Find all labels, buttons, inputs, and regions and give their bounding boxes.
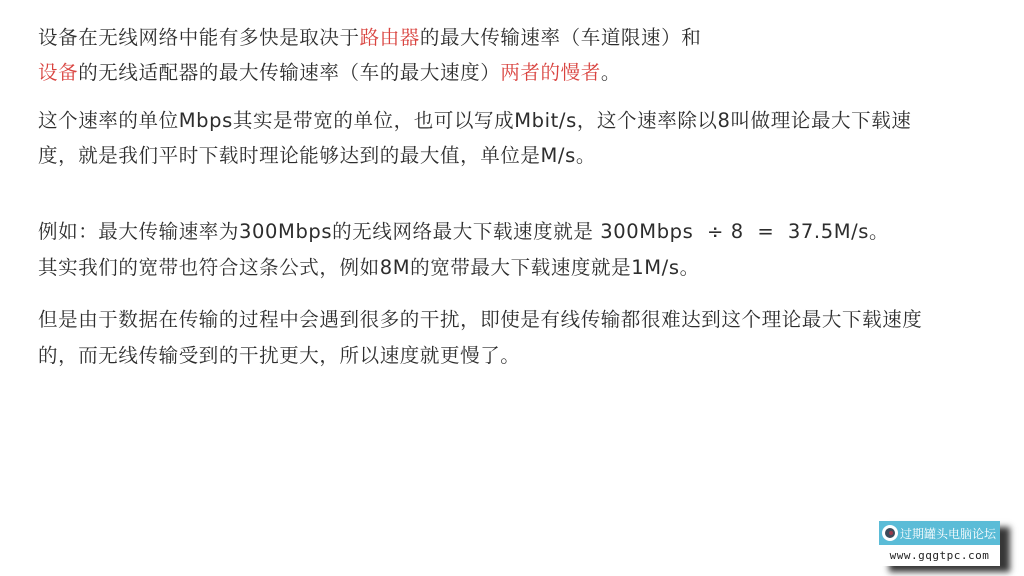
paragraph-2-line-2: 度，就是我们平时下载时理论能够达到的最大值，单位是M/s。 (38, 144, 596, 168)
highlight-slower-of-two: 两者的慢者 (500, 61, 601, 84)
forum-watermark: 过期罐头电脑论坛 www.gqgtpc.com (879, 521, 1000, 566)
text-segment: 设备在无线网络中能有多快是取决于 (38, 26, 360, 49)
text-segment: 的最大传输速率（车道限速）和 (420, 26, 701, 49)
paragraph-3-line-1: 例如：最大传输速率为300Mbps的无线网络最大下载速度就是 300Mbps ÷… (38, 220, 889, 244)
watermark-title-bar: 过期罐头电脑论坛 (879, 521, 1000, 545)
paragraph-1-line-1: 设备在无线网络中能有多快是取决于路由器的最大传输速率（车道限速）和 (38, 26, 701, 50)
watermark-title: 过期罐头电脑论坛 (900, 525, 996, 542)
text-segment: 。 (601, 61, 621, 84)
paragraph-4-line-1: 但是由于数据在传输的过程中会遇到很多的干扰，即使是有线传输都很难达到这个理论最大… (38, 308, 922, 332)
paragraph-4-line-2: 的，而无线传输受到的干扰更大，所以速度就更慢了。 (38, 344, 520, 368)
highlight-router: 路由器 (360, 26, 420, 49)
paragraph-1-line-2: 设备的无线适配器的最大传输速率（车的最大速度）两者的慢者。 (38, 61, 621, 85)
paragraph-2-line-1: 这个速率的单位Mbps其实是带宽的单位，也可以写成Mbit/s，这个速率除以8叫… (38, 109, 911, 133)
paragraph-3-line-2: 其实我们的宽带也符合这条公式，例如8M的宽带最大下载速度就是1M/s。 (38, 256, 700, 280)
highlight-device: 设备 (38, 61, 78, 84)
text-segment: 的无线适配器的最大传输速率（车的最大速度） (78, 61, 500, 84)
forum-logo-icon (882, 525, 898, 541)
watermark-url: www.gqgtpc.com (879, 545, 1000, 566)
